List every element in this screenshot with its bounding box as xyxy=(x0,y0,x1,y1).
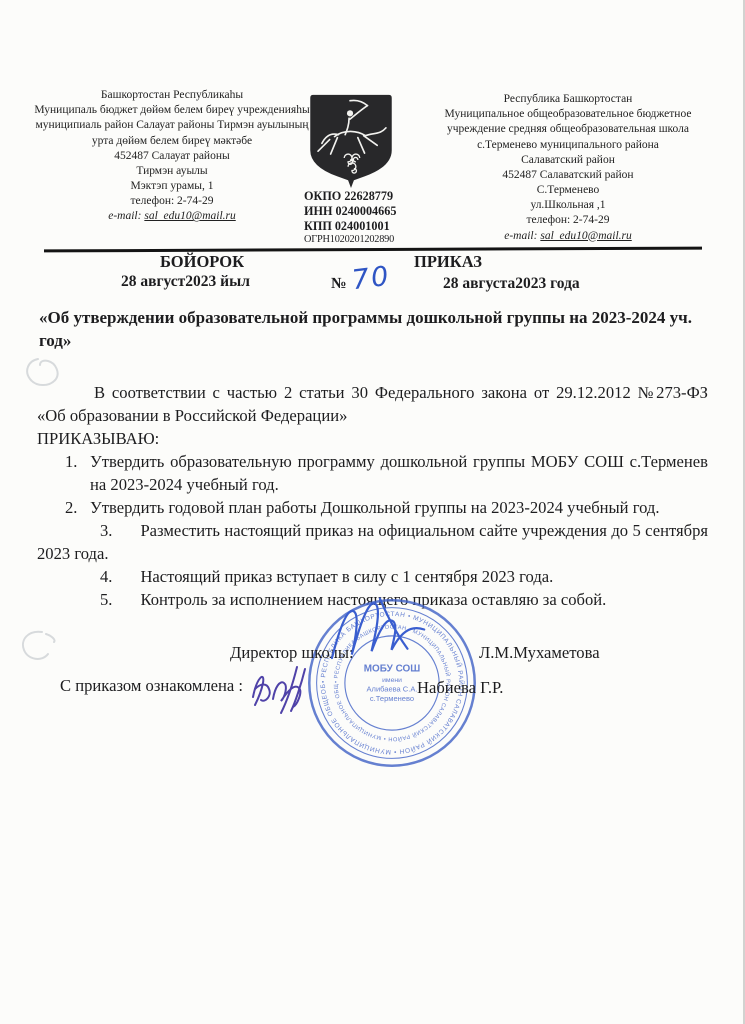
order-subject: «Об утверждении образовательной программ… xyxy=(39,306,704,352)
stamp-center-line2: имени xyxy=(382,677,402,684)
stamp-center-line4: с.Терменево xyxy=(370,694,414,703)
email-label: e-mail: xyxy=(504,230,537,242)
scan-artifact-circle xyxy=(18,349,68,401)
org-address-line: Салаватский район xyxy=(422,153,714,168)
order-item-4: 4.Настоящий приказ вступает в силу с 1 с… xyxy=(37,565,708,588)
org-name-line: Башкортостан Республикаһы xyxy=(28,88,316,103)
item-text: Утвердить образовательную программу дошк… xyxy=(90,452,708,494)
org-address-line: ул.Школьная ,1 xyxy=(422,198,714,213)
email-link: sal_edu10@mail.ru xyxy=(144,210,235,222)
scanned-order-document: Башкортостан Республикаһы Муниципаль бюд… xyxy=(0,0,745,1024)
acknowledged-name: Набиева Г.Р. xyxy=(417,678,503,698)
org-email-line: e-mail: sal_edu10@mail.ru xyxy=(28,209,316,224)
intro-paragraph: В соответствии с частью 2 статьи 30 Феде… xyxy=(37,381,708,427)
prikaz-word: ПРИКАЗЫВАЮ: xyxy=(37,427,708,450)
item-text: Разместить настоящий приказ на официальн… xyxy=(37,521,708,563)
org-name-line: муниципиаль район Салауат районы Тирмэн … xyxy=(28,118,316,133)
order-body: В соответствии с частью 2 статьи 30 Феде… xyxy=(37,381,708,611)
horizontal-rule xyxy=(44,247,702,252)
order-item-1: 1.Утвердить образовательную программу до… xyxy=(37,450,708,496)
order-date-bashkir: 28 август2023 йыл xyxy=(121,273,250,291)
order-item-3: 3.Разместить настоящий приказ на официал… xyxy=(37,519,708,565)
order-number-sign: № xyxy=(331,275,347,293)
item-number: 2. xyxy=(65,496,90,519)
org-address-line: 452487 Салаватский район xyxy=(422,168,714,183)
stamp-center-line3: Алибаева С.А. xyxy=(367,684,418,693)
org-phone-line: телефон: 2-74-29 xyxy=(28,194,316,209)
org-name-line: учреждение средняя общеобразовательная ш… xyxy=(422,122,714,137)
director-name: Л.М.Мухаметова xyxy=(479,643,600,663)
order-date-russian: 28 августа2023 года xyxy=(443,275,580,293)
coat-of-arms-icon xyxy=(306,92,396,189)
org-email-line: e-mail: sal_edu10@mail.ru xyxy=(422,229,714,244)
org-phone-line: телефон: 2-74-29 xyxy=(422,213,714,228)
header-russian-column: Республика Башкортостан Муниципальное об… xyxy=(422,92,714,244)
org-name-line: Республика Башкортостан xyxy=(422,92,714,107)
org-name-line: Муниципаль бюджет дөйөм белем биреү учре… xyxy=(28,103,316,118)
org-address-line: Тирмэн ауылы xyxy=(28,164,316,179)
item-text: Настоящий приказ вступает в силу с 1 сен… xyxy=(140,567,553,586)
item-number: 4. xyxy=(100,567,112,586)
header-bashkir-column: Башкортостан Республикаһы Муниципаль бюд… xyxy=(28,88,316,225)
item-number: 3. xyxy=(100,521,112,540)
org-address-line: С.Терменево xyxy=(422,183,714,198)
scan-artifact-circle xyxy=(12,624,64,674)
org-address-line: Мэктэп урамы, 1 xyxy=(28,179,316,194)
acknowledged-signature xyxy=(245,653,345,717)
order-item-2: 2.Утвердить годовой план работы Дошкольн… xyxy=(37,496,708,519)
order-number-handwritten: 70 xyxy=(350,261,392,296)
item-number: 1. xyxy=(65,450,90,473)
org-name-line: с.Терменево муниципального района xyxy=(422,138,714,153)
email-link: sal_edu10@mail.ru xyxy=(540,230,631,242)
order-title-russian: ПРИКАЗ xyxy=(414,252,482,272)
email-label: e-mail: xyxy=(108,210,141,222)
acknowledged-label: С приказом ознакомлена : xyxy=(60,676,243,696)
org-address-line: 452487 Салауат районы xyxy=(28,149,316,164)
org-name-line: урта дөйөм белем биреү мәктәбе xyxy=(28,134,316,149)
order-title-bashkir: БОЙОРОК xyxy=(160,252,244,272)
org-name-line: Муниципальное общеобразовательное бюджет… xyxy=(422,107,714,122)
item-text: Утвердить годовой план работы Дошкольной… xyxy=(90,498,660,517)
item-number: 5. xyxy=(100,590,112,609)
